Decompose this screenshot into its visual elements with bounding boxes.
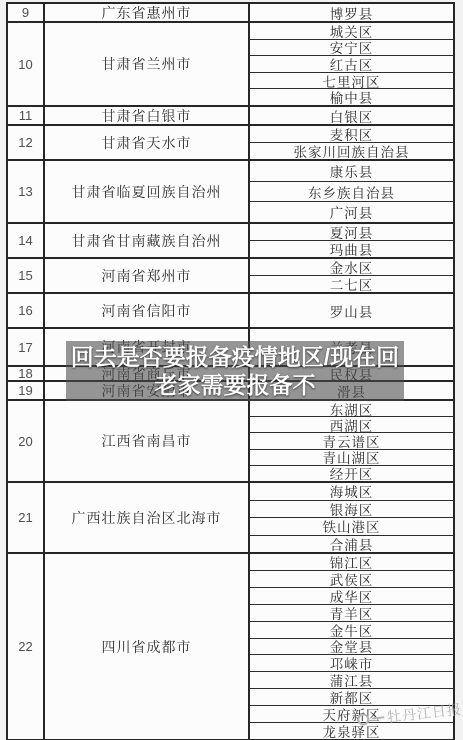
district-cell: 白银区 xyxy=(250,107,453,124)
district-cell: 张家川回族自治县 xyxy=(250,142,453,159)
district-cell: 红古区 xyxy=(250,55,453,72)
row-number-cell: 20 xyxy=(8,401,45,481)
row-number-cell: 10 xyxy=(8,23,45,105)
district-cell: 金水区 xyxy=(250,259,453,275)
district-cell: 青山湖区 xyxy=(250,449,453,465)
row-number-cell: 11 xyxy=(8,107,45,124)
district-cell: 东乡族自治县 xyxy=(250,181,453,202)
district-list: 金水区二七区 xyxy=(250,259,453,292)
city-name-cell: 甘肃省临夏回族自治州 xyxy=(45,161,250,222)
table-row: 16河南省信阳市罗山县 xyxy=(8,292,453,327)
row-number-cell: 17 xyxy=(8,329,45,365)
district-cell: 经开区 xyxy=(250,465,453,481)
district-list: 东湖区西湖区青云谱区青山湖区经开区 xyxy=(250,401,453,481)
table-row: 14甘肃省甘南藏族自治州夏河县玛曲县 xyxy=(8,222,453,257)
district-cell: 玛曲县 xyxy=(250,240,453,257)
table-row: 12甘肃省天水市麦积区张家川回族自治县 xyxy=(8,124,453,159)
headline-line-1: 回去是否要报备疫情地区/现在回 xyxy=(71,343,399,371)
district-cell: 铁山港区 xyxy=(250,517,453,535)
district-list: 麦积区张家川回族自治县 xyxy=(250,126,453,159)
row-number-cell: 22 xyxy=(8,554,45,739)
district-cell: 海城区 xyxy=(250,483,453,500)
row-number-cell: 12 xyxy=(8,126,45,159)
district-cell: 金堂县 xyxy=(250,638,453,655)
district-list: 康乐县东乡族自治县广河县 xyxy=(250,161,453,222)
district-list: 博罗县 xyxy=(250,4,453,21)
table-row: 15河南省郑州市金水区二七区 xyxy=(8,257,453,292)
district-cell: 银海区 xyxy=(250,500,453,518)
district-list: 白银区 xyxy=(250,107,453,124)
table-row: 11甘肃省白银市白银区 xyxy=(8,105,453,124)
city-name-cell: 甘肃省天水市 xyxy=(45,126,250,159)
city-name-cell: 广西壮族自治区北海市 xyxy=(45,483,250,552)
headline-overlay: 回去是否要报备疫情地区/现在回 老家需要报备不 xyxy=(66,341,404,401)
district-cell: 武侯区 xyxy=(250,570,453,587)
district-cell: 榆中县 xyxy=(250,88,453,105)
row-number-cell: 9 xyxy=(8,4,45,21)
district-cell: 蒲江县 xyxy=(250,671,453,688)
district-cell: 青羊区 xyxy=(250,604,453,621)
district-cell: 罗山县 xyxy=(250,294,453,327)
district-list: 城关区安宁区红古区七里河区榆中县 xyxy=(250,23,453,105)
district-cell: 金牛区 xyxy=(250,621,453,638)
row-number-cell: 19 xyxy=(8,382,45,399)
district-cell: 麦积区 xyxy=(250,126,453,142)
table-row: 9广东省惠州市博罗县 xyxy=(8,4,453,21)
headline-line-2: 老家需要报备不 xyxy=(155,371,316,399)
district-list: 海城区银海区铁山港区合浦县 xyxy=(250,483,453,552)
table-row: 13甘肃省临夏回族自治州康乐县东乡族自治县广河县 xyxy=(8,159,453,222)
district-cell: 邛崃市 xyxy=(250,654,453,671)
row-number-cell: 21 xyxy=(8,483,45,552)
row-number-cell: 13 xyxy=(8,161,45,222)
district-cell: 城关区 xyxy=(250,23,453,39)
table-row: 21广西壮族自治区北海市海城区银海区铁山港区合浦县 xyxy=(8,481,453,552)
city-name-cell: 甘肃省白银市 xyxy=(45,107,250,124)
district-cell: 夏河县 xyxy=(250,224,453,240)
row-number-cell: 16 xyxy=(8,294,45,327)
city-name-cell: 甘肃省兰州市 xyxy=(45,23,250,105)
city-name-cell: 四川省成都市 xyxy=(45,554,250,739)
district-cell: 西湖区 xyxy=(250,416,453,432)
table-row: 20江西省南昌市东湖区西湖区青云谱区青山湖区经开区 xyxy=(8,399,453,481)
district-cell: 康乐县 xyxy=(250,161,453,181)
row-number-cell: 15 xyxy=(8,259,45,292)
district-cell: 二七区 xyxy=(250,275,453,292)
district-cell: 广河县 xyxy=(250,201,453,222)
city-name-cell: 河南省信阳市 xyxy=(45,294,250,327)
city-name-cell: 甘肃省甘南藏族自治州 xyxy=(45,224,250,257)
row-number-cell: 14 xyxy=(8,224,45,257)
district-list: 罗山县 xyxy=(250,294,453,327)
watermark-dash-left xyxy=(372,716,384,719)
city-name-cell: 广东省惠州市 xyxy=(45,4,250,21)
district-cell: 安宁区 xyxy=(250,39,453,56)
city-name-cell: 江西省南昌市 xyxy=(45,401,250,481)
district-cell: 锦江区 xyxy=(250,554,453,570)
row-number-cell: 18 xyxy=(8,367,45,380)
district-cell: 成华区 xyxy=(250,587,453,604)
district-cell: 博罗县 xyxy=(250,4,453,21)
city-name-cell: 河南省郑州市 xyxy=(45,259,250,292)
district-cell: 青云谱区 xyxy=(250,432,453,448)
district-cell: 合浦县 xyxy=(250,535,453,553)
newspaper-logo-icon xyxy=(357,713,370,726)
district-cell: 七里河区 xyxy=(250,72,453,89)
table-row: 10甘肃省兰州市城关区安宁区红古区七里河区榆中县 xyxy=(8,21,453,105)
district-list: 夏河县玛曲县 xyxy=(250,224,453,257)
